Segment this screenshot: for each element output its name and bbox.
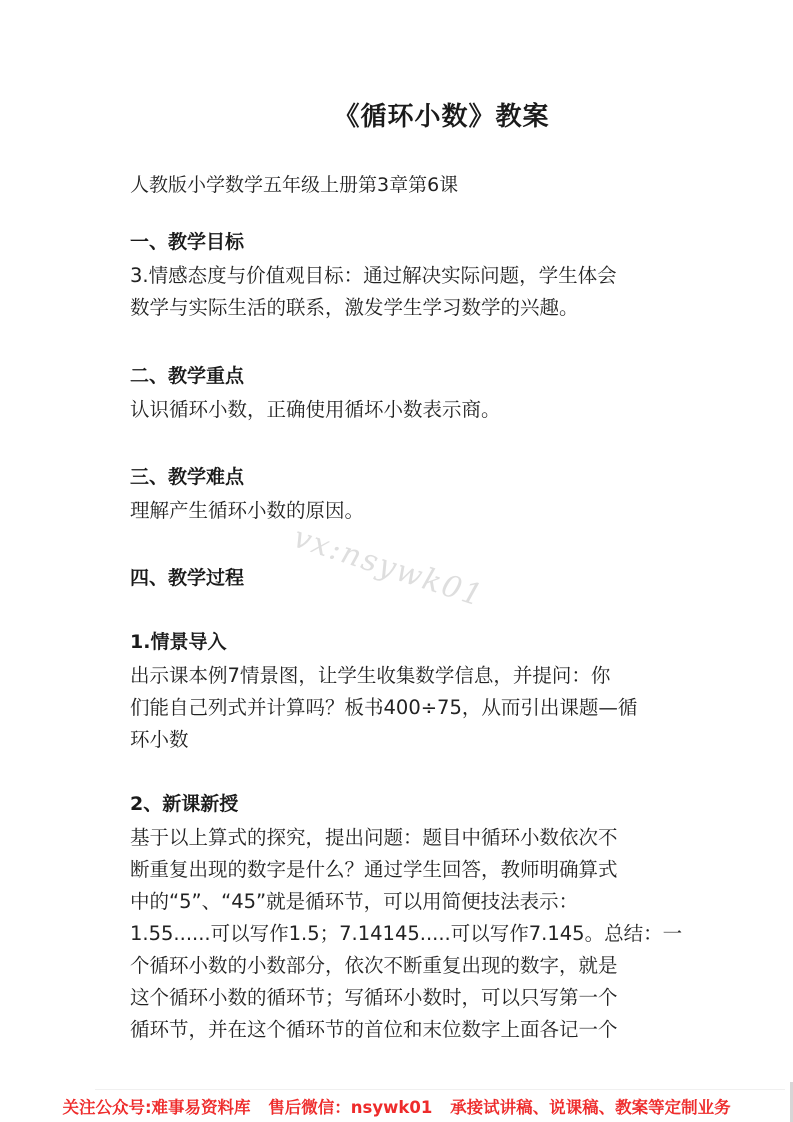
section-key-points: 二、教学重点 认识循环小数，正确使用循坏小数表示商。 bbox=[130, 362, 730, 426]
footer-service-note: 承接试讲稿、说课稿、教案等定制业务 bbox=[450, 1098, 731, 1117]
document-page: 《循环小数》教案 人教版小学数学五年级上册第3章第6课 一、教学目标 3.情感态… bbox=[0, 0, 793, 1122]
body-line: 循环节，并在这个循环节的首位和末位数字上面各记一个 bbox=[130, 1014, 730, 1046]
section-body: 理解产生循环小数的原因。 bbox=[130, 495, 730, 527]
body-line: 认识循环小数，正确使用循坏小数表示商。 bbox=[130, 394, 730, 426]
subsection-body: 基于以上算式的探究，提出问题：题目中循环小数依次不 断重复出现的数字是什么？通过… bbox=[130, 822, 730, 1046]
document-subtitle: 人教版小学数学五年级上册第3章第6课 bbox=[130, 170, 458, 197]
body-line: 环小数 bbox=[130, 724, 730, 756]
section-body: 认识循环小数，正确使用循坏小数表示商。 bbox=[130, 394, 730, 426]
body-line: 中的“5”、“45”就是循环节，可以用简便技法表示： bbox=[130, 886, 730, 918]
subsection-scenario-intro: 1.情景导入 出示课本例7情景图，让学生收集数学信息，并提问：你 们能自己列式并… bbox=[130, 628, 730, 756]
subsection-new-lesson: 2、新课新授 基于以上算式的探究，提出问题：题目中循环小数依次不 断重复出现的数… bbox=[130, 790, 730, 1046]
body-line: 数学与实际生活的联系，激发学生学习数学的兴趣。 bbox=[130, 292, 730, 324]
section-teaching-process: 四、教学过程 bbox=[130, 564, 730, 592]
body-line: 基于以上算式的探究，提出问题：题目中循环小数依次不 bbox=[130, 822, 730, 854]
body-line: 断重复出现的数字是什么？通过学生回答，教师明确算式 bbox=[130, 854, 730, 886]
section-teaching-objectives: 一、教学目标 3.情感态度与价值观目标：通过解决实际问题，学生体会 数学与实际生… bbox=[130, 228, 730, 324]
body-line: 理解产生循环小数的原因。 bbox=[130, 495, 730, 527]
body-line: 1.55......可以写作1.5；7.14145.....可以写作7.145。… bbox=[130, 918, 730, 950]
body-line: 们能自己列式并计算吗？板书400÷75，从而引出课题—循 bbox=[130, 692, 730, 724]
subsection-heading: 2、新课新授 bbox=[130, 790, 730, 818]
document-title: 《循环小数》教案 bbox=[0, 96, 793, 133]
section-heading: 二、教学重点 bbox=[130, 362, 730, 390]
section-body: 3.情感态度与价值观目标：通过解决实际问题，学生体会 数学与实际生活的联系，激发… bbox=[130, 260, 730, 324]
footer-wechat-account: 关注公众号:难事易资料库 bbox=[62, 1098, 250, 1117]
subsection-body: 出示课本例7情景图，让学生收集数学信息，并提问：你 们能自己列式并计算吗？板书4… bbox=[130, 660, 730, 756]
section-heading: 三、教学难点 bbox=[130, 463, 730, 491]
body-line: 出示课本例7情景图，让学生收集数学信息，并提问：你 bbox=[130, 660, 730, 692]
body-line: 3.情感态度与价值观目标：通过解决实际问题，学生体会 bbox=[130, 260, 730, 292]
footer-support-contact: 售后微信：nsywk01 bbox=[268, 1098, 432, 1117]
section-heading: 四、教学过程 bbox=[130, 564, 730, 592]
promo-footer: 关注公众号:难事易资料库 售后微信：nsywk01 承接试讲稿、说课稿、教案等定… bbox=[0, 1094, 793, 1118]
subsection-heading: 1.情景导入 bbox=[130, 628, 730, 656]
body-line: 这个循环小数的循环节；写循环小数时，可以只写第一个 bbox=[130, 982, 730, 1014]
section-difficulties: 三、教学难点 理解产生循环小数的原因。 bbox=[130, 463, 730, 527]
body-line: 个循环小数的小数部分，依次不断重复出现的数字，就是 bbox=[130, 950, 730, 982]
section-heading: 一、教学目标 bbox=[130, 228, 730, 256]
footer-divider bbox=[95, 1089, 785, 1090]
